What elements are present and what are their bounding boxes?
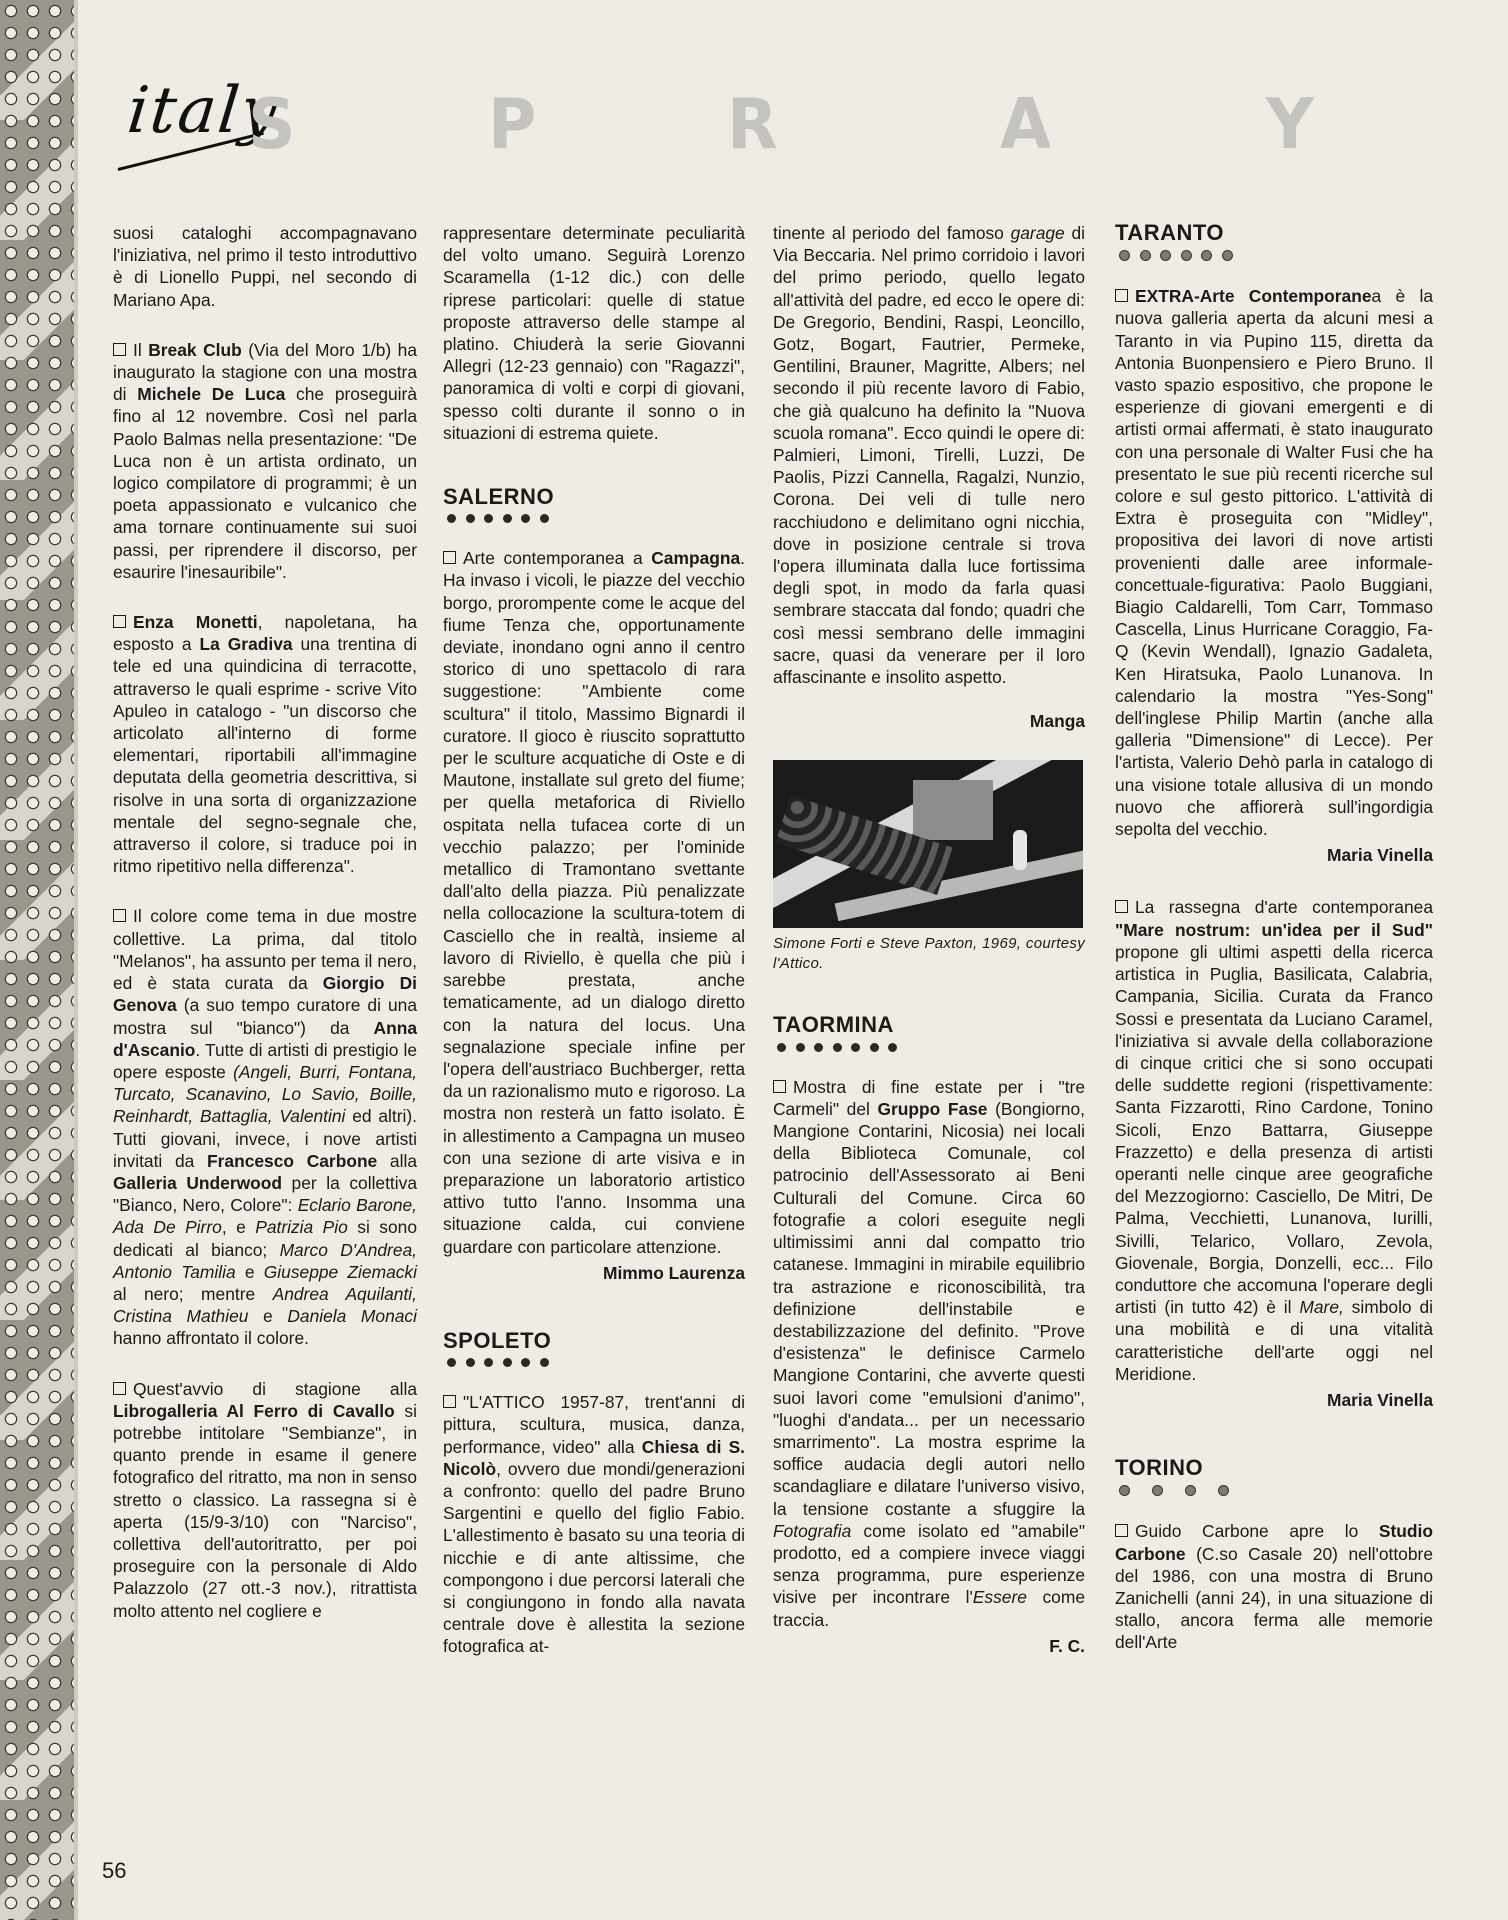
photo-forti-paxton — [773, 760, 1083, 928]
paragraph-salerno: Arte contemporanea a Campagna. Ha invaso… — [443, 547, 745, 1258]
author-signature: Mimmo Laurenza — [443, 1262, 745, 1284]
column-4: TARANTO EXTRA-Arte Contemporanea è la nu… — [1115, 222, 1433, 1682]
paragraph-enza-monetti: Enza Monetti, napoletana, ha esposto a L… — [113, 611, 417, 877]
masthead-letter: A — [1000, 84, 1051, 165]
masthead-letter: Y — [1266, 84, 1314, 165]
paragraph-librogalleria: Quest'avvio di stagione alla Librogaller… — [113, 1378, 417, 1622]
checkbox-square-icon — [1115, 1524, 1128, 1537]
city-heading-spoleto: SPOLETO — [443, 1330, 745, 1352]
author-signature: Maria Vinella — [1115, 844, 1433, 866]
city-heading-torino: TORINO — [1115, 1457, 1433, 1479]
heading-dots — [777, 1043, 1085, 1052]
paragraph-taormina: Mostra di fine estate per i "tre Carmeli… — [773, 1076, 1085, 1631]
masthead-letter: R — [727, 84, 778, 165]
paragraph-taranto: EXTRA-Arte Contemporanea è la nuova gall… — [1115, 285, 1433, 840]
spray-masthead: S P R A Y — [0, 86, 1508, 156]
heading-dots — [1119, 250, 1433, 261]
checkbox-square-icon — [1115, 289, 1128, 302]
checkbox-square-icon — [1115, 900, 1128, 913]
city-heading-taormina: TAORMINA — [773, 1014, 1085, 1036]
paragraph-break-club: Il Break Club (Via del Moro 1/b) ha inau… — [113, 339, 417, 583]
author-signature: F. C. — [773, 1635, 1085, 1657]
column-1: suosi cataloghi accompagnavano l'iniziat… — [113, 222, 417, 1650]
checkbox-square-icon — [113, 615, 126, 628]
checkbox-square-icon — [113, 343, 126, 356]
paragraph: tinente al periodo del famoso garage di … — [773, 222, 1085, 688]
checkbox-square-icon — [113, 909, 126, 922]
column-3: tinente al periodo del famoso garage di … — [773, 222, 1085, 1687]
heading-dots — [1119, 1485, 1433, 1496]
checkbox-square-icon — [113, 1382, 126, 1395]
city-heading-taranto: TARANTO — [1115, 222, 1433, 244]
checkbox-square-icon — [443, 1395, 456, 1408]
heading-dots — [447, 1358, 745, 1367]
checkbox-square-icon — [443, 551, 456, 564]
heading-dots — [447, 514, 745, 523]
masthead-letter: P — [488, 84, 536, 165]
page-number: 56 — [102, 1858, 126, 1884]
paragraph-mare-nostrum: La rassegna d'arte contemporanea "Mare n… — [1115, 896, 1433, 1384]
city-heading-salerno: SALERNO — [443, 486, 745, 508]
decorative-dot-border — [0, 0, 78, 1920]
author-signature: Maria Vinella — [1115, 1389, 1433, 1411]
paragraph-colore: Il colore come tema in due mostre collet… — [113, 905, 417, 1349]
author-signature: Manga — [773, 710, 1085, 732]
masthead-letter: S — [248, 84, 296, 165]
paragraph-torino: Guido Carbone apre lo Studio Carbone (C.… — [1115, 1520, 1433, 1653]
paragraph: rappresentare determinate peculiarità de… — [443, 222, 745, 444]
column-2: rappresentare determinate peculiarità de… — [443, 222, 745, 1686]
checkbox-square-icon — [773, 1080, 786, 1093]
paragraph: suosi cataloghi accompagnavano l'iniziat… — [113, 222, 417, 311]
photo-caption: Simone Forti e Steve Paxton, 1969, court… — [773, 934, 1085, 974]
paragraph-spoleto: "L'ATTICO 1957-87, trent'anni di pittura… — [443, 1391, 745, 1657]
